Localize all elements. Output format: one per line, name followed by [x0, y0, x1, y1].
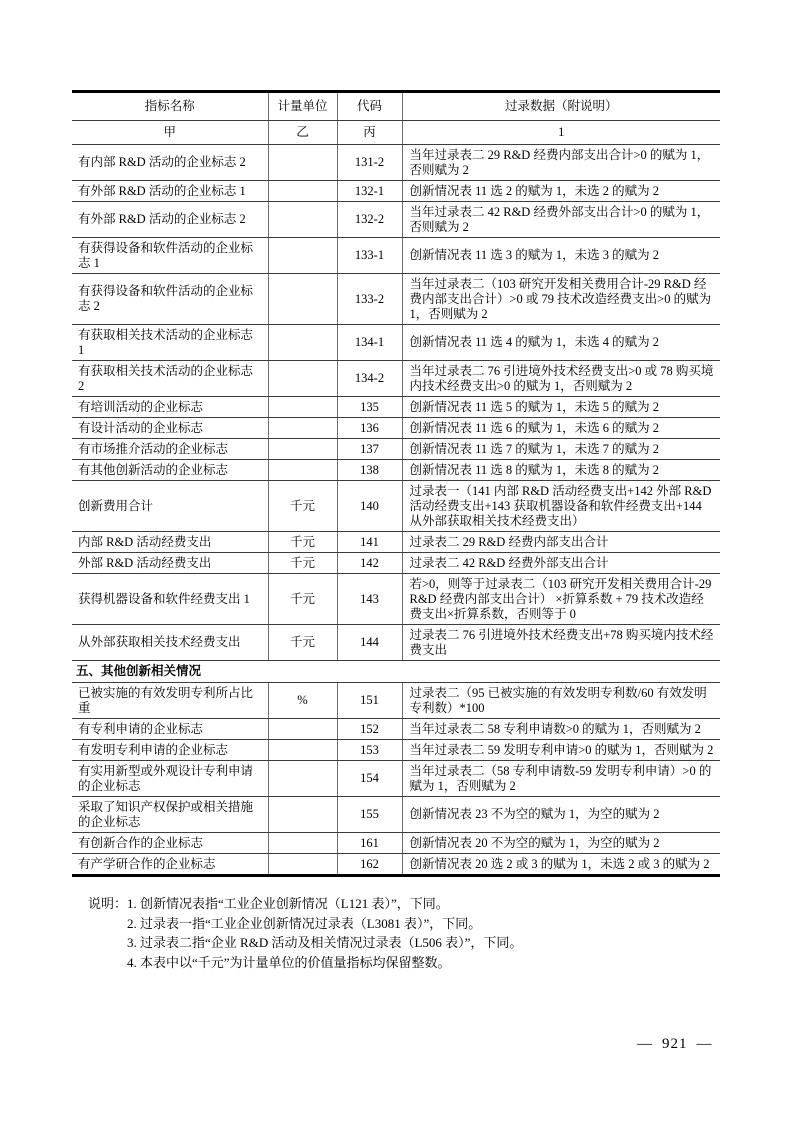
cell-transcription-data: 创新情况表 11 选 7 的赋为 1，未选 7 的赋为 2: [402, 439, 720, 460]
cell-code: 153: [337, 740, 402, 761]
table-row: 有获取相关技术活动的企业标志 1134-1创新情况表 11 选 4 的赋为 1，…: [72, 325, 720, 361]
transcription-data-table: 指标名称 计量单位 代码 过录数据（附说明） 甲 乙 丙 1 有内部 R&D 活…: [72, 90, 720, 877]
table-row: 有发明专利申请的企业标志153当年过录表二 59 发明专利申请>0 的赋为 1，…: [72, 740, 720, 761]
table-row: 有设计活动的企业标志136创新情况表 11 选 6 的赋为 1，未选 6 的赋为…: [72, 418, 720, 439]
table-row: 有外部 R&D 活动的企业标志 1132-1创新情况表 11 选 2 的赋为 1…: [72, 181, 720, 202]
cell-code: 161: [337, 833, 402, 854]
cell-code: 144: [337, 625, 402, 661]
col-header-indicator-name: 指标名称: [72, 92, 268, 121]
cell-unit: [268, 325, 337, 361]
table-row: 有专利申请的企业标志152当年过录表二 58 专利申请数>0 的赋为 1，否则赋…: [72, 719, 720, 740]
cell-code: 134-2: [337, 361, 402, 397]
cell-code: 152: [337, 719, 402, 740]
cell-transcription-data: 当年过录表二 76 引进境外技术经费支出>0 或 78 购买境内技术经费支出>0…: [402, 361, 720, 397]
table-row: 有产学研合作的企业标志162创新情况表 20 选 2 或 3 的赋为 1，未选 …: [72, 854, 720, 876]
cell-unit: [268, 145, 337, 181]
cell-unit: [268, 761, 337, 797]
table-row: 获得机器设备和软件经费支出 1千元143若>0，则等于过录表二（103 研究开发…: [72, 574, 720, 625]
table-row: 采取了知识产权保护或相关措施的企业标志155创新情况表 23 不为空的赋为 1，…: [72, 797, 720, 833]
col-header-code: 代码: [337, 92, 402, 121]
cell-code: 155: [337, 797, 402, 833]
cell-unit: [268, 854, 337, 876]
cell-indicator-name: 内部 R&D 活动经费支出: [72, 532, 268, 553]
cell-indicator-name: 有获得设备和软件活动的企业标志 2: [72, 274, 268, 325]
table-row: 从外部获取相关技术经费支出千元144过录表二 76 引进境外技术经费支出+78 …: [72, 625, 720, 661]
cell-unit: 千元: [268, 481, 337, 532]
table-row: 有其他创新活动的企业标志138创新情况表 11 选 8 的赋为 1，未选 8 的…: [72, 460, 720, 481]
cell-unit: [268, 740, 337, 761]
cell-transcription-data: 创新情况表 11 选 3 的赋为 1，未选 3 的赋为 2: [402, 238, 720, 274]
cell-transcription-data: 当年过录表二 58 专利申请数>0 的赋为 1，否则赋为 2: [402, 719, 720, 740]
cell-transcription-data: 当年过录表二（58 专利申请数-59 发明专利申请）>0 的赋为 1，否则赋为 …: [402, 761, 720, 797]
cell-indicator-name: 有发明专利申请的企业标志: [72, 740, 268, 761]
cell-unit: %: [268, 683, 337, 719]
cell-code: 141: [337, 532, 402, 553]
cell-code: 132-2: [337, 202, 402, 238]
cell-unit: 千元: [268, 574, 337, 625]
key-cell-1: 1: [402, 121, 720, 145]
section-header-row: 五、其他创新相关情况: [72, 661, 720, 683]
cell-unit: [268, 719, 337, 740]
notes-items: 1. 创新情况表指“工业企业创新情况（L121 表）”，下同。2. 过录表一指“…: [127, 894, 648, 972]
cell-unit: [268, 181, 337, 202]
col-header-transcription-data: 过录数据（附说明）: [402, 92, 720, 121]
table-row: 内部 R&D 活动经费支出千元141过录表二 29 R&D 经费内部支出合计: [72, 532, 720, 553]
cell-code: 134-1: [337, 325, 402, 361]
notes: 说明： 1. 创新情况表指“工业企业创新情况（L121 表）”，下同。2. 过录…: [88, 894, 648, 972]
page-number-dash-right: —: [697, 1036, 713, 1052]
key-cell-yi: 乙: [268, 121, 337, 145]
table-row: 有内部 R&D 活动的企业标志 2131-2当年过录表二 29 R&D 经费内部…: [72, 145, 720, 181]
cell-indicator-name: 从外部获取相关技术经费支出: [72, 625, 268, 661]
cell-code: 142: [337, 553, 402, 574]
cell-transcription-data: 创新情况表 11 选 5 的赋为 1，未选 5 的赋为 2: [402, 397, 720, 418]
cell-transcription-data: 过录表二 76 引进境外技术经费支出+78 购买境内技术经费支出: [402, 625, 720, 661]
cell-code: 143: [337, 574, 402, 625]
cell-indicator-name: 已被实施的有效发明专利所占比重: [72, 683, 268, 719]
cell-code: 132-1: [337, 181, 402, 202]
key-cell-bing: 丙: [337, 121, 402, 145]
table-row: 有培训活动的企业标志135创新情况表 11 选 5 的赋为 1，未选 5 的赋为…: [72, 397, 720, 418]
cell-unit: [268, 361, 337, 397]
table-row: 已被实施的有效发明专利所占比重%151过录表二（95 已被实施的有效发明专利数/…: [72, 683, 720, 719]
table-row: 有获得设备和软件活动的企业标志 2133-2当年过录表二（103 研究开发相关费…: [72, 274, 720, 325]
cell-transcription-data: 若>0，则等于过录表二（103 研究开发相关费用合计-29 R&D 经费内部支出…: [402, 574, 720, 625]
cell-indicator-name: 有其他创新活动的企业标志: [72, 460, 268, 481]
cell-indicator-name: 有设计活动的企业标志: [72, 418, 268, 439]
cell-transcription-data: 过录表一（141 内部 R&D 活动经费支出+142 外部 R&D 活动经费支出…: [402, 481, 720, 532]
table-row: 创新费用合计千元140过录表一（141 内部 R&D 活动经费支出+142 外部…: [72, 481, 720, 532]
cell-indicator-name: 有获取相关技术活动的企业标志 1: [72, 325, 268, 361]
cell-unit: [268, 833, 337, 854]
cell-indicator-name: 获得机器设备和软件经费支出 1: [72, 574, 268, 625]
cell-code: 133-1: [337, 238, 402, 274]
cell-transcription-data: 创新情况表 20 不为空的赋为 1，为空的赋为 2: [402, 833, 720, 854]
cell-indicator-name: 有市场推介活动的企业标志: [72, 439, 268, 460]
cell-unit: [268, 418, 337, 439]
cell-indicator-name: 有专利申请的企业标志: [72, 719, 268, 740]
section-header-label: 五、其他创新相关情况: [72, 661, 720, 683]
cell-unit: [268, 202, 337, 238]
notes-label: 说明：: [88, 894, 127, 972]
cell-transcription-data: 当年过录表二 59 发明专利申请>0 的赋为 1，否则赋为 2: [402, 740, 720, 761]
cell-unit: [268, 439, 337, 460]
cell-code: 135: [337, 397, 402, 418]
table-row: 有实用新型或外观设计专利申请的企业标志154当年过录表二（58 专利申请数-59…: [72, 761, 720, 797]
cell-unit: [268, 274, 337, 325]
table-row: 有外部 R&D 活动的企业标志 2132-2当年过录表二 42 R&D 经费外部…: [72, 202, 720, 238]
table-row: 有获取相关技术活动的企业标志 2134-2当年过录表二 76 引进境外技术经费支…: [72, 361, 720, 397]
cell-indicator-name: 外部 R&D 活动经费支出: [72, 553, 268, 574]
table-row: 有市场推介活动的企业标志137创新情况表 11 选 7 的赋为 1，未选 7 的…: [72, 439, 720, 460]
note-item: 1. 创新情况表指“工业企业创新情况（L121 表）”，下同。: [127, 894, 648, 914]
cell-transcription-data: 创新情况表 11 选 8 的赋为 1，未选 8 的赋为 2: [402, 460, 720, 481]
cell-indicator-name: 采取了知识产权保护或相关措施的企业标志: [72, 797, 268, 833]
cell-indicator-name: 有获得设备和软件活动的企业标志 1: [72, 238, 268, 274]
note-item: 4. 本表中以“千元”为计量单位的价值量指标均保留整数。: [127, 953, 648, 973]
cell-indicator-name: 有培训活动的企业标志: [72, 397, 268, 418]
table-key-row: 甲 乙 丙 1: [72, 121, 720, 145]
cell-indicator-name: 有内部 R&D 活动的企业标志 2: [72, 145, 268, 181]
cell-unit: [268, 460, 337, 481]
cell-code: 136: [337, 418, 402, 439]
cell-code: 140: [337, 481, 402, 532]
cell-code: 162: [337, 854, 402, 876]
cell-unit: [268, 397, 337, 418]
cell-indicator-name: 有实用新型或外观设计专利申请的企业标志: [72, 761, 268, 797]
key-cell-jia: 甲: [72, 121, 268, 145]
cell-transcription-data: 创新情况表 11 选 2 的赋为 1，未选 2 的赋为 2: [402, 181, 720, 202]
cell-transcription-data: 创新情况表 11 选 6 的赋为 1，未选 6 的赋为 2: [402, 418, 720, 439]
table-body: 有内部 R&D 活动的企业标志 2131-2当年过录表二 29 R&D 经费内部…: [72, 145, 720, 876]
cell-transcription-data: 当年过录表二 42 R&D 经费外部支出合计>0 的赋为 1，否则赋为 2: [402, 202, 720, 238]
cell-unit: 千元: [268, 532, 337, 553]
cell-unit: 千元: [268, 625, 337, 661]
page-number-dash-left: —: [637, 1036, 653, 1052]
note-item: 2. 过录表一指“工业企业创新情况过录表（L3081 表）”，下同。: [127, 914, 648, 934]
page-number-value: 921: [662, 1036, 688, 1052]
cell-indicator-name: 有外部 R&D 活动的企业标志 2: [72, 202, 268, 238]
cell-unit: 千元: [268, 553, 337, 574]
cell-code: 138: [337, 460, 402, 481]
note-item: 3. 过录表二指“企业 R&D 活动及相关情况过录表（L506 表）”，下同。: [127, 933, 648, 953]
cell-code: 154: [337, 761, 402, 797]
table-header-row: 指标名称 计量单位 代码 过录数据（附说明）: [72, 92, 720, 121]
cell-transcription-data: 当年过录表二 29 R&D 经费内部支出合计>0 的赋为 1，否则赋为 2: [402, 145, 720, 181]
col-header-unit: 计量单位: [268, 92, 337, 121]
cell-code: 137: [337, 439, 402, 460]
table-row: 有创新合作的企业标志161创新情况表 20 不为空的赋为 1，为空的赋为 2: [72, 833, 720, 854]
cell-unit: [268, 797, 337, 833]
table-row: 有获得设备和软件活动的企业标志 1133-1创新情况表 11 选 3 的赋为 1…: [72, 238, 720, 274]
cell-code: 131-2: [337, 145, 402, 181]
cell-transcription-data: 过录表二 42 R&D 经费外部支出合计: [402, 553, 720, 574]
cell-transcription-data: 过录表二（95 已被实施的有效发明专利数/60 有效发明专利数）*100: [402, 683, 720, 719]
cell-transcription-data: 当年过录表二（103 研究开发相关费用合计-29 R&D 经费内部支出合计）>0…: [402, 274, 720, 325]
cell-transcription-data: 创新情况表 23 不为空的赋为 1，为空的赋为 2: [402, 797, 720, 833]
cell-indicator-name: 有外部 R&D 活动的企业标志 1: [72, 181, 268, 202]
page-number: —921—: [628, 1036, 722, 1053]
cell-code: 133-2: [337, 274, 402, 325]
cell-unit: [268, 238, 337, 274]
cell-indicator-name: 有产学研合作的企业标志: [72, 854, 268, 876]
cell-transcription-data: 创新情况表 11 选 4 的赋为 1，未选 4 的赋为 2: [402, 325, 720, 361]
cell-transcription-data: 过录表二 29 R&D 经费内部支出合计: [402, 532, 720, 553]
cell-code: 151: [337, 683, 402, 719]
cell-transcription-data: 创新情况表 20 选 2 或 3 的赋为 1，未选 2 或 3 的赋为 2: [402, 854, 720, 876]
cell-indicator-name: 有获取相关技术活动的企业标志 2: [72, 361, 268, 397]
table-row: 外部 R&D 活动经费支出千元142过录表二 42 R&D 经费外部支出合计: [72, 553, 720, 574]
cell-indicator-name: 创新费用合计: [72, 481, 268, 532]
cell-indicator-name: 有创新合作的企业标志: [72, 833, 268, 854]
